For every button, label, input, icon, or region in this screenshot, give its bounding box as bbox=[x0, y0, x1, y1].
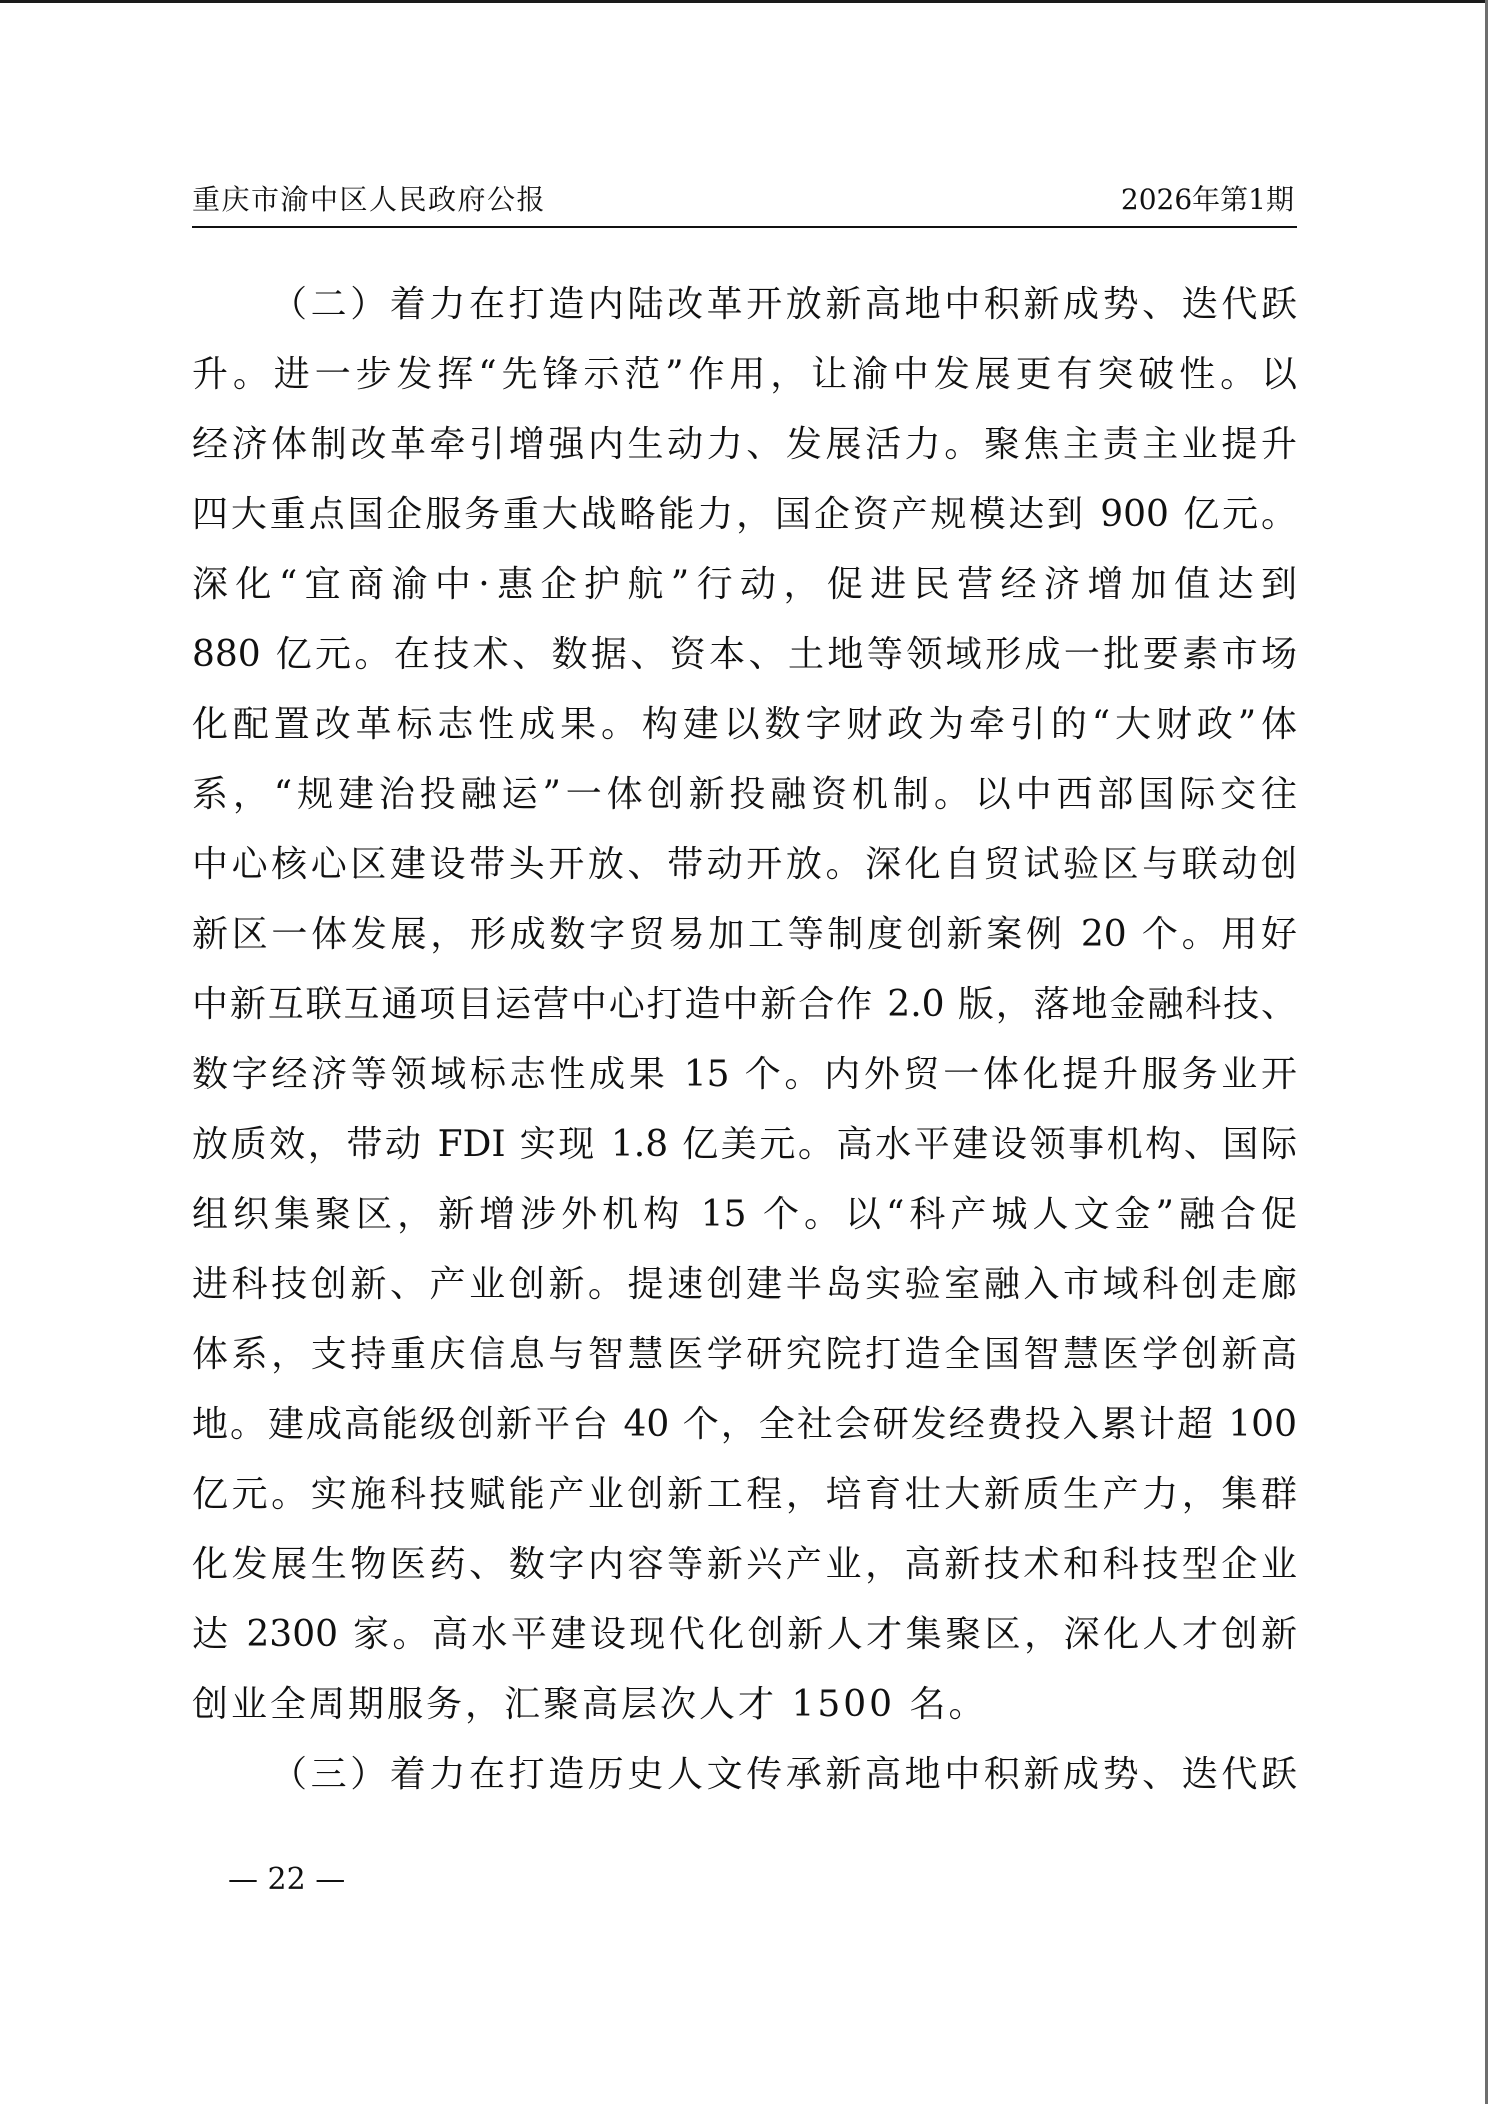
paragraph-2-line-18: 亿元。实施科技赋能产业创新工程，培育壮大新质生产力，集群 bbox=[192, 1460, 1297, 1530]
paragraph-2-line-10: 新区一体发展，形成数字贸易加工等制度创新案例 20 个。用好 bbox=[192, 900, 1297, 970]
paragraph-2-line-7: 化配置改革标志性成果。构建以数字财政为牵引的“大财政”体 bbox=[192, 690, 1297, 760]
publication-title: 重庆市渝中区人民政府公报 bbox=[192, 180, 546, 220]
paragraph-2-line-14: 组织集聚区，新增涉外机构 15 个。以“科产城人文金”融合促 bbox=[192, 1180, 1297, 1250]
paragraph-2-line-19: 化发展生物医药、数字内容等新兴产业，高新技术和科技型企业 bbox=[192, 1530, 1297, 1600]
paragraph-2-line-17: 地。建成高能级创新平台 40 个，全社会研发经费投入累计超 100 bbox=[192, 1390, 1297, 1460]
paragraph-2-line-20: 达 2300 家。高水平建设现代化创新人才集聚区，深化人才创新 bbox=[192, 1600, 1297, 1670]
header-divider bbox=[192, 226, 1297, 228]
paragraph-2-line-21: 创业全周期服务，汇聚高层次人才 1500 名。 bbox=[192, 1670, 1297, 1740]
paragraph-2-line-6: 880 亿元。在技术、数据、资本、土地等领域形成一批要素市场 bbox=[192, 620, 1297, 690]
paragraph-3-line-1: （三）着力在打造历史人文传承新高地中积新成势、迭代跃 bbox=[271, 1740, 1297, 1810]
paragraph-2-line-12: 数字经济等领域标志性成果 15 个。内外贸一体化提升服务业开 bbox=[192, 1040, 1297, 1110]
paragraph-2-line-15: 进科技创新、产业创新。提速创建半岛实验室融入市域科创走廊 bbox=[192, 1250, 1297, 1320]
paragraph-2-line-3: 经济体制改革牵引增强内生动力、发展活力。聚焦主责主业提升 bbox=[192, 410, 1297, 480]
paragraph-2-line-8: 系，“规建治投融运”一体创新投融资机制。以中西部国际交往 bbox=[192, 760, 1297, 830]
page-number: — 22 — bbox=[228, 1860, 345, 1900]
paragraph-2-line-16: 体系，支持重庆信息与智慧医学研究院打造全国智慧医学创新高 bbox=[192, 1320, 1297, 1390]
paragraph-2-line-1: （二）着力在打造内陆改革开放新高地中积新成势、迭代跃 bbox=[271, 270, 1297, 340]
paragraph-2-line-11: 中新互联互通项目运营中心打造中新合作 2.0 版，落地金融科技、 bbox=[192, 970, 1297, 1040]
paragraph-2-line-9: 中心核心区建设带头开放、带动开放。深化自贸试验区与联动创 bbox=[192, 830, 1297, 900]
paragraph-2-line-13: 放质效，带动 FDI 实现 1.8 亿美元。高水平建设领事机构、国际 bbox=[192, 1110, 1297, 1180]
paragraph-2-line-4: 四大重点国企服务重大战略能力，国企资产规模达到 900 亿元。 bbox=[192, 480, 1297, 550]
paragraph-2-line-2: 升。进一步发挥“先锋示范”作用，让渝中发展更有突破性。以 bbox=[192, 340, 1297, 410]
paragraph-2-line-5: 深化“宜商渝中·惠企护航”行动，促进民营经济增加值达到 bbox=[192, 550, 1297, 620]
page-top-border bbox=[0, 0, 1488, 3]
issue-label: 2026年第1期 bbox=[1121, 180, 1294, 220]
